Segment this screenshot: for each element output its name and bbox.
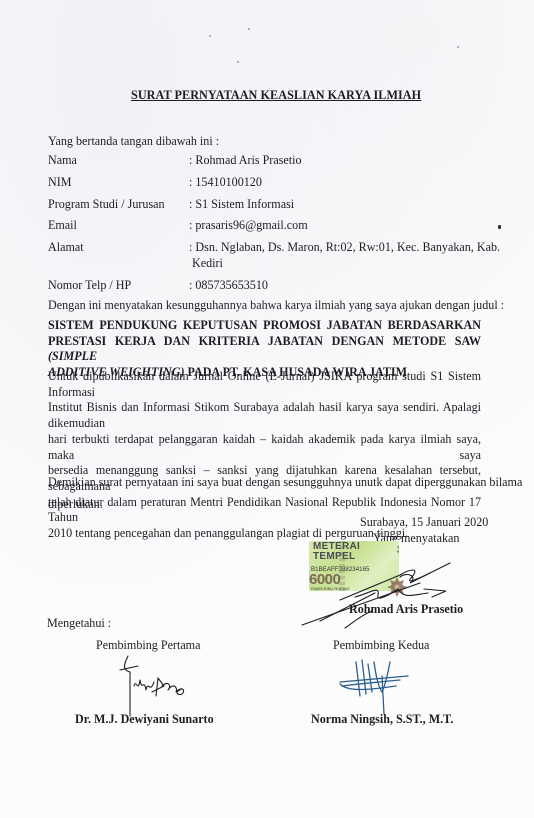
thesis-title-line-2-italic: (SIMPLE	[48, 349, 97, 363]
supervisor-2-name: Norma Ningsih, S.ST., M.T.	[311, 712, 453, 727]
supervisor-1-signature	[118, 656, 198, 718]
thesis-title-line-2-text: PRESTASI KERJA DAN KRITERIA JABATAN DENG…	[48, 334, 481, 348]
scan-speck	[248, 28, 250, 30]
field-value-telp: : 085735653510	[189, 278, 268, 293]
supervisor-2-signature	[338, 656, 418, 716]
field-value-alamat: : Dsn. Nglaban, Ds. Maron, Rt:02, Rw:01,…	[189, 240, 500, 255]
field-value-email: : prasaris96@gmail.com	[189, 218, 308, 233]
acknowledged-label: Mengetahui :	[47, 616, 111, 631]
thesis-title-line-1: SISTEM PENDUKUNG KEPUTUSAN PROMOSI JABAT…	[48, 318, 481, 334]
paragraph-line: Institut Bisnis dan Informasi Stikom Sur…	[48, 400, 481, 431]
field-label-nama: Nama	[48, 153, 77, 168]
field-label-nim: NIM	[48, 175, 72, 190]
place-date: Surabaya, 15 Januari 2020	[360, 515, 488, 530]
closing-line-1: Demikian surat pernyataan ini saya buat …	[48, 475, 522, 490]
supervisor-2-role: Pembimbing Kedua	[333, 638, 429, 653]
scan-speck	[457, 46, 459, 48]
scan-speck	[498, 225, 501, 229]
document-title: SURAT PERNYATAAN KEASLIAN KARYA ILMIAH	[131, 88, 421, 103]
supervisor-1-role: Pembimbing Pertama	[96, 638, 200, 653]
declarant-name: Rohmad Aris Prasetio	[349, 602, 463, 617]
field-value-nama: : Rohmad Aris Prasetio	[189, 153, 302, 168]
thesis-title-line-2: PRESTASI KERJA DAN KRITERIA JABATAN DENG…	[48, 334, 481, 364]
field-label-email: Email	[48, 218, 77, 233]
supervisor-1-name: Dr. M.J. Dewiyani Sunarto	[75, 712, 214, 727]
field-label-alamat: Alamat	[48, 240, 84, 255]
field-label-telp: Nomor Telp / HP	[48, 278, 131, 293]
intro-text: Yang bertanda tangan dibawah ini :	[48, 134, 219, 149]
field-label-prodi: Program Studi / Jurusan	[48, 197, 165, 212]
field-value-prodi: : S1 Sistem Informasi	[189, 197, 294, 212]
paragraph-line: Untuk dipublikasikan dalam Jurnal Online…	[48, 369, 481, 400]
statement-text: Dengan ini menyatakan kesungguhannya bah…	[48, 298, 504, 313]
scan-speck	[209, 35, 211, 37]
closing-line-2: diperlukan.	[48, 497, 103, 512]
paragraph-line: hari terbukti terdapat pelanggaran kaida…	[48, 432, 481, 463]
field-value-nim: : 15410100120	[189, 175, 262, 190]
field-value-alamat-cont: Kediri	[192, 256, 223, 271]
scan-speck	[237, 61, 239, 63]
declarant-signature	[300, 555, 480, 630]
